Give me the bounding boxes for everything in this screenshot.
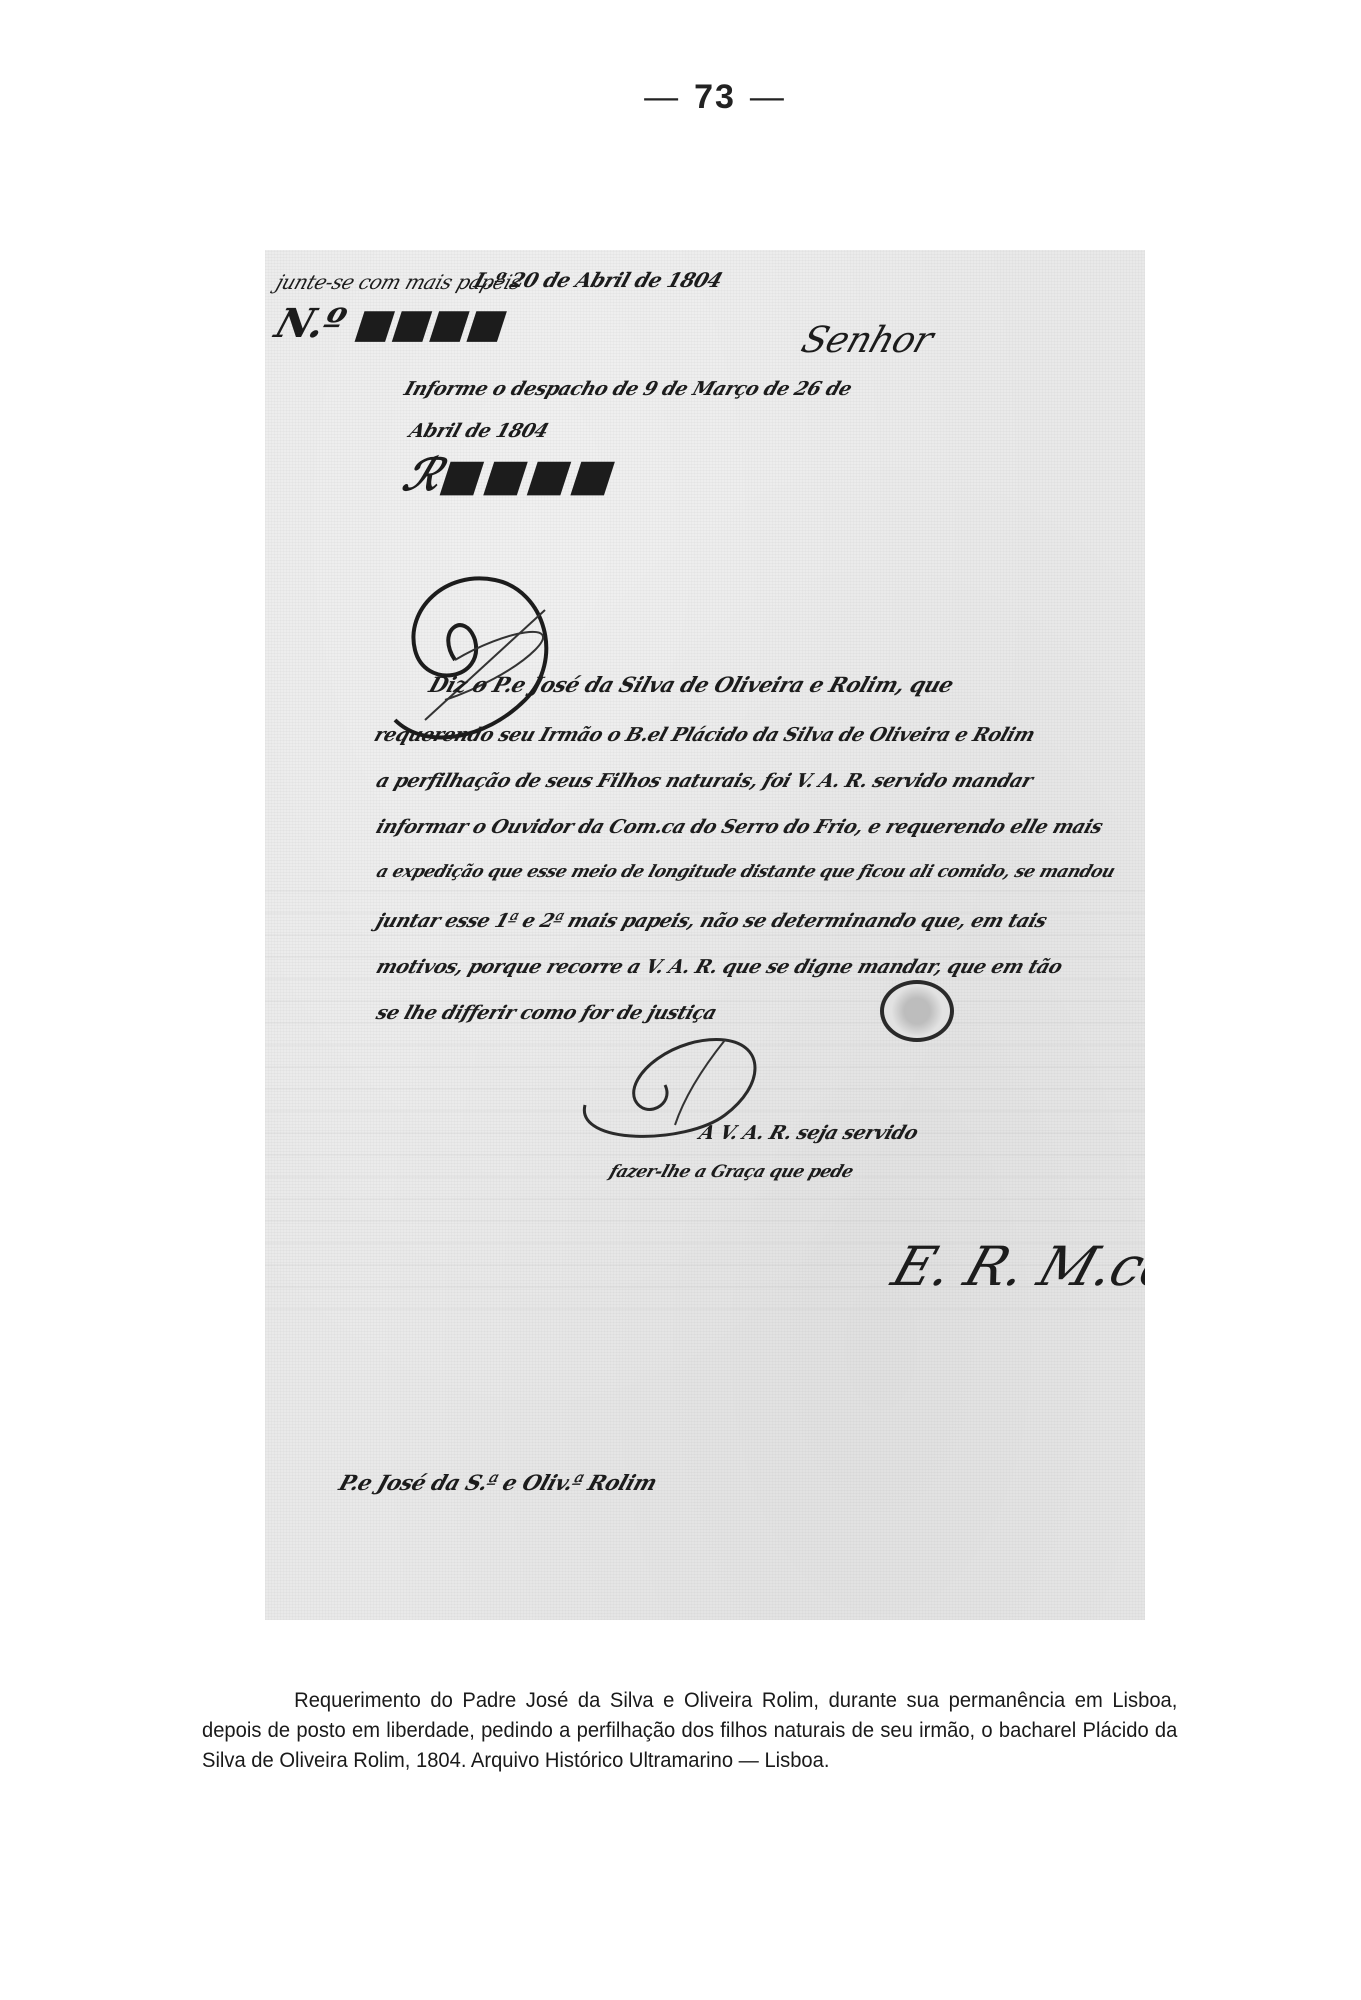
page-number-value: 73	[694, 78, 736, 116]
handwriting-body-line: motivos, porque recorre a V. A. R. que s…	[373, 956, 1065, 978]
handwriting-body-line: Diz o P.e José da Silva de Oliveira e Ro…	[426, 672, 957, 697]
caption-text: Requerimento do Padre José da Silva e Ol…	[202, 1689, 1177, 1772]
page-number: —73—	[0, 78, 1361, 117]
handwriting-signature-block-line-1: A V. A. R. seja servido	[696, 1122, 920, 1144]
handwriting-rubric: ℛ■■■■	[397, 450, 625, 501]
handwriting-despatch-line-1: Informe o despacho de 9 de Março de 26 d…	[401, 378, 854, 400]
handwriting-reference-mark: N.º ■■■■	[269, 300, 513, 347]
handwriting-body-line: juntar esse 1ª e 2ª mais papeis, não se …	[373, 910, 1049, 932]
handwriting-body-line: requerendo seu Irmão o B.el Plácido da S…	[371, 724, 1037, 746]
handwriting-salutation: Senhor	[796, 320, 938, 361]
handwriting-signature-block-line-2: fazer-lhe a Graça que pede	[607, 1162, 856, 1182]
decorative-initial-d-icon	[365, 550, 585, 750]
handwriting-body-line: a perfilhação de seus Filhos naturais, f…	[373, 770, 1035, 792]
handwriting-closing-initials: E. R. M.ce	[885, 1235, 1145, 1298]
handwriting-body-line: informar o Ouvidor da Com.ca do Serro do…	[373, 816, 1105, 838]
page-number-dash-right: —	[750, 78, 786, 116]
handwriting-petitioner-signature: P.e José da S.ª e Oliv.ª Rolim	[336, 1470, 660, 1495]
handwriting-body-line: a expedição que esse meio de longitude d…	[374, 862, 1117, 882]
wax-seal-stamp-icon	[880, 980, 954, 1042]
handwriting-despatch-line-2: Abril de 1804	[406, 420, 551, 442]
handwriting-body-line: se lhe differir como for de justiça	[373, 1002, 719, 1024]
page-number-dash-left: —	[644, 78, 680, 116]
handwriting-top-note-right: L.º 20 de Abril de 1804	[471, 268, 725, 292]
figure-caption: Requerimento do Padre José da Silva e Ol…	[202, 1686, 1177, 1776]
manuscript-photograph: junte-se com mais papéis L.º 20 de Abril…	[265, 250, 1145, 1620]
